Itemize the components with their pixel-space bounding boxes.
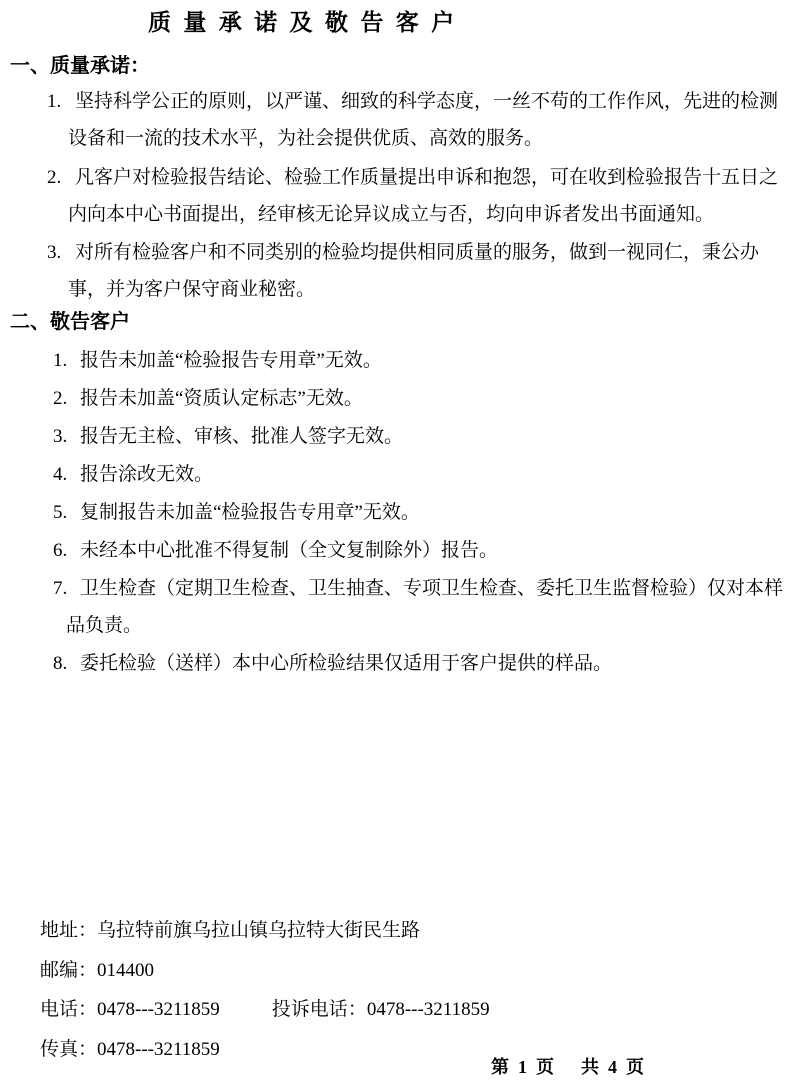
item-text: 未经本中心批准不得复制（全文复制除外）报告。: [80, 540, 498, 561]
item-text: 卫生检查（定期卫生检查、卫生抽查、专项卫生检查、委托卫生监督检验）仅对本样品负责…: [66, 578, 783, 636]
postcode-line: 邮编：014400: [40, 951, 490, 991]
contact-block: 地址：乌拉特前旗乌拉山镇乌拉特大街民生路 邮编：014400 电话：0478--…: [40, 911, 490, 1069]
item-text: 报告无主检、审核、批准人签字无效。: [80, 426, 403, 447]
item-text: 复制报告未加盖“检验报告专用章”无效。: [80, 502, 420, 523]
phone-label: 电话：: [40, 999, 97, 1020]
list-item-1-2: 2.凡客户对检验报告结论、检验工作质量提出申诉和抱怨，可在收到检验报告十五日之内…: [0, 159, 800, 233]
item-number: 8.: [53, 645, 80, 682]
item-number: 2.: [53, 380, 80, 417]
list-item-2-3: 3.报告无主检、审核、批准人签字无效。: [0, 418, 800, 455]
list-item-2-8: 8.委托检验（送样）本中心所检验结果仅适用于客户提供的样品。: [0, 645, 800, 682]
section-1-heading: 一、质量承诺：: [0, 54, 800, 78]
item-text: 对所有检验客户和不同类别的检验均提供相同质量的服务，做到一视同仁，秉公办事，并为…: [68, 242, 759, 300]
fax-line: 传真：0478---3211859: [40, 1030, 490, 1070]
item-text: 凡客户对检验报告结论、检验工作质量提出申诉和抱怨，可在收到检验报告十五日之内向本…: [68, 167, 778, 225]
item-text: 委托检验（送样）本中心所检验结果仅适用于客户提供的样品。: [80, 653, 612, 674]
fax-label: 传真：: [40, 1039, 97, 1060]
postcode-value: 014400: [97, 960, 154, 981]
item-text: 坚持科学公正的原则，以严谨、细致的科学态度，一丝不苟的工作作风，先进的检测设备和…: [68, 91, 778, 149]
complaint-phone-value: 0478---3211859: [367, 999, 490, 1020]
item-text: 报告涂改无效。: [80, 464, 213, 485]
item-number: 7.: [53, 570, 80, 607]
list-item-2-6: 6.未经本中心批准不得复制（全文复制除外）报告。: [0, 532, 800, 569]
postcode-label: 邮编：: [40, 960, 97, 981]
item-number: 3.: [53, 418, 80, 455]
phone-line: 电话：0478---3211859投诉电话：0478---3211859: [40, 990, 490, 1030]
address-label: 地址：: [40, 920, 97, 941]
complaint-phone-label: 投诉电话：: [272, 999, 367, 1020]
page-title: 质 量 承 诺 及 敬 告 客 户: [148, 5, 800, 39]
item-number: 6.: [53, 532, 80, 569]
list-item-2-5: 5.复制报告未加盖“检验报告专用章”无效。: [0, 494, 800, 531]
address-line: 地址：乌拉特前旗乌拉山镇乌拉特大街民生路: [40, 911, 490, 951]
fax-value: 0478---3211859: [97, 1039, 220, 1060]
item-text: 报告未加盖“资质认定标志”无效。: [80, 388, 363, 409]
item-number: 1.: [47, 83, 75, 120]
quality-commitment-page: 质 量 承 诺 及 敬 告 客 户 一、质量承诺： 1.坚持科学公正的原则，以严…: [0, 5, 800, 1082]
list-item-2-2: 2.报告未加盖“资质认定标志”无效。: [0, 380, 800, 417]
list-item-2-1: 1.报告未加盖“检验报告专用章”无效。: [0, 342, 800, 379]
item-number: 1.: [53, 342, 80, 379]
section-customer-notice: 二、敬告客户 1.报告未加盖“检验报告专用章”无效。 2.报告未加盖“资质认定标…: [0, 310, 800, 682]
item-number: 3.: [47, 234, 75, 271]
list-item-1-3: 3.对所有检验客户和不同类别的检验均提供相同质量的服务，做到一视同仁，秉公办事，…: [0, 234, 800, 308]
page-number: 第 1 页 共 4 页: [491, 1054, 644, 1080]
item-number: 5.: [53, 494, 80, 531]
list-item-1-1: 1.坚持科学公正的原则，以严谨、细致的科学态度，一丝不苟的工作作风，先进的检测设…: [0, 83, 800, 157]
section-quality-commitment: 一、质量承诺： 1.坚持科学公正的原则，以严谨、细致的科学态度，一丝不苟的工作作…: [0, 54, 800, 308]
section-2-heading: 二、敬告客户: [0, 310, 800, 334]
list-item-2-7: 7.卫生检查（定期卫生检查、卫生抽查、专项卫生检查、委托卫生监督检验）仅对本样品…: [0, 570, 800, 644]
item-text: 报告未加盖“检验报告专用章”无效。: [80, 350, 382, 371]
phone-value: 0478---3211859: [97, 999, 220, 1020]
list-item-2-4: 4.报告涂改无效。: [0, 456, 800, 493]
address-value: 乌拉特前旗乌拉山镇乌拉特大街民生路: [97, 920, 420, 941]
item-number: 2.: [47, 159, 75, 196]
item-number: 4.: [53, 456, 80, 493]
